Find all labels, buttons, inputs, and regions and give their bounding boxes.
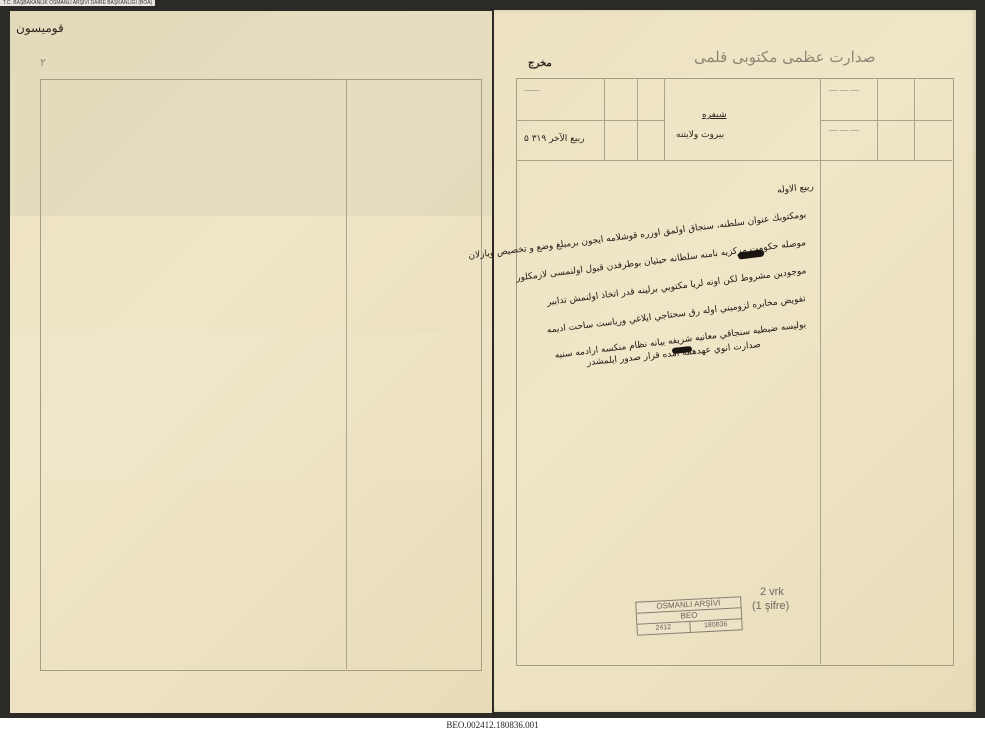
form-row-line xyxy=(820,120,952,121)
form-divider xyxy=(637,78,638,160)
form-row-line xyxy=(516,120,664,121)
form-label: ـــــ ـــــ ـــــ xyxy=(829,126,859,133)
form-label: ـــــــــ xyxy=(524,86,540,93)
form-divider xyxy=(604,78,605,160)
form-divider xyxy=(914,78,915,160)
stamp-dosya: 2412 xyxy=(637,622,690,635)
form-divider xyxy=(877,78,878,160)
margin-column-divider xyxy=(820,78,821,664)
date-field: ۵ ربيع الآخر ۳۱۹ xyxy=(524,134,584,144)
archive-stamp: OSMANLI ARŞİVİ BEO 2412 180836 xyxy=(635,596,743,636)
stamp-gomlek: 180836 xyxy=(690,619,742,632)
document-reference-caption: BEO.002412.180836.001 xyxy=(0,720,985,730)
archive-header-label: T.C. BAŞBAKANLIK OSMANLI ARŞİVİ DAİRE BA… xyxy=(0,0,155,6)
left-corner-number: ۲ xyxy=(40,56,46,69)
left-page: قوميسون ۲ xyxy=(10,11,492,713)
pencil-note-pages: 2 vrk xyxy=(760,586,784,598)
form-label: ـــــ ـــــ ـــــ xyxy=(829,86,859,93)
form-header-bottom-line xyxy=(516,160,952,161)
cipher-mark: شيفره xyxy=(702,110,727,120)
left-corner-note: قوميسون xyxy=(16,21,64,35)
left-ruled-frame xyxy=(40,79,482,671)
recipient-field: بيروت ولايتنه xyxy=(676,130,724,140)
form-divider xyxy=(664,78,665,160)
pencil-note-cipher: (1 şifre) xyxy=(752,600,789,612)
left-column-divider xyxy=(346,79,347,669)
outgoing-mark: مخرج xyxy=(528,58,552,69)
right-ruled-frame xyxy=(516,78,954,666)
office-heading: صدارت عظمى مكتوبى قلمى xyxy=(694,48,875,66)
